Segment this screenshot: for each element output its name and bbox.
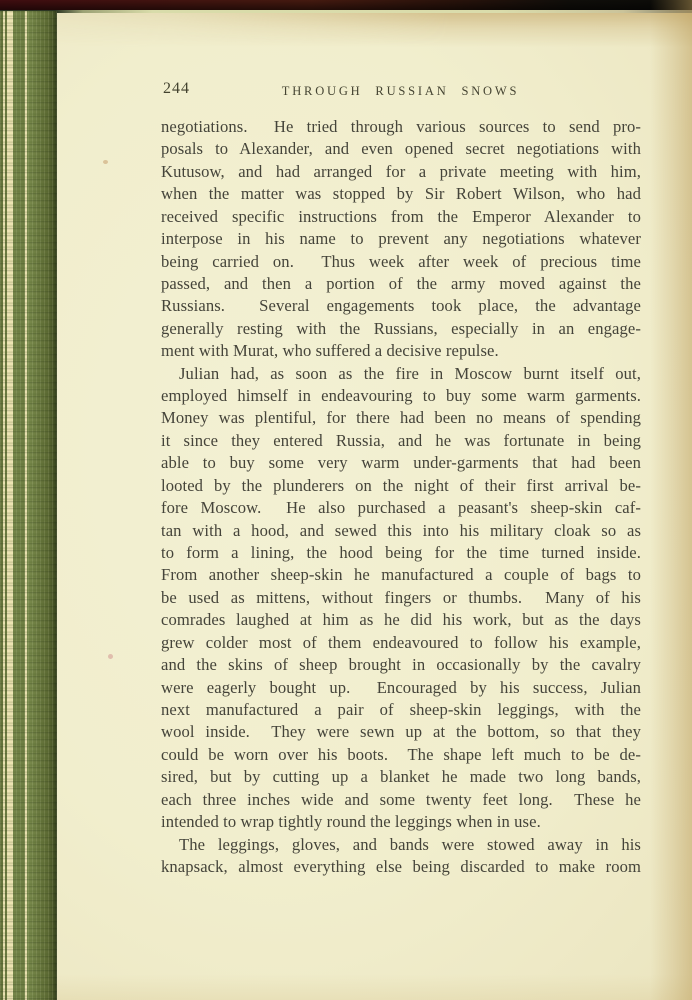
top-gutter-shadow xyxy=(0,13,692,47)
text-line: The leggings, gloves, and bands were sto… xyxy=(161,834,641,856)
text-line: tan with a hood, and sewed this into his… xyxy=(161,520,641,542)
paper-speck xyxy=(103,160,108,164)
text-line: fore Moscow. He also purchased a peasant… xyxy=(161,497,641,519)
text-line: generally resting with the Russians, esp… xyxy=(161,318,641,340)
text-line: able to buy some very warm under-garment… xyxy=(161,452,641,474)
text-line: were eagerly bought up. Encouraged by hi… xyxy=(161,677,641,699)
text-line: sired, but by cutting up a blanket he ma… xyxy=(161,766,641,788)
text-line: intended to wrap tightly round the leggi… xyxy=(161,811,641,833)
text-line: to form a lining, the hood being for the… xyxy=(161,542,641,564)
book-cover-top-edge xyxy=(0,0,692,10)
paper-speck xyxy=(108,654,113,659)
text-line: Money was plentiful, for there had been … xyxy=(161,407,641,429)
text-line: passed, and then a portion of the army m… xyxy=(161,273,641,295)
text-line: Kutusow, and had arranged for a private … xyxy=(161,161,641,183)
text-line: wool inside. They were sewn up at the bo… xyxy=(161,721,641,743)
text-line: it since they entered Russia, and he was… xyxy=(161,430,641,452)
text-line: could be worn over his boots. The shape … xyxy=(161,744,641,766)
text-line: looted by the plunderers on the night of… xyxy=(161,475,641,497)
text-line: comrades laughed at him as he did his wo… xyxy=(161,609,641,631)
text-line: received specific instructions from the … xyxy=(161,206,641,228)
text-line: next manufactured a pair of sheep-skin l… xyxy=(161,699,641,721)
text-line: negotiations. He tried through various s… xyxy=(161,116,641,138)
text-line: ment with Murat, who suffered a decisive… xyxy=(161,340,641,362)
text-line: grew colder most of them endeavoured to … xyxy=(161,632,641,654)
page-edges-binding xyxy=(0,11,57,1000)
text-line: posals to Alexander, and even opened sec… xyxy=(161,138,641,160)
book-page: 244 THROUGH RUSSIAN SNOWS negotiations. … xyxy=(0,0,692,1000)
body-text: negotiations. He tried through various s… xyxy=(161,116,641,878)
text-line: Julian had, as soon as the fire in Mosco… xyxy=(161,363,641,385)
text-line: From another sheep-skin he manufactured … xyxy=(161,564,641,586)
running-header: THROUGH RUSSIAN SNOWS xyxy=(160,84,641,99)
text-line: be used as mittens, without fingers or t… xyxy=(161,587,641,609)
text-line: knapsack, almost everything else being d… xyxy=(161,856,641,878)
text-line: interpose in his name to prevent any neg… xyxy=(161,228,641,250)
text-line: being carried on. Thus week after week o… xyxy=(161,251,641,273)
text-line: Russians. Several engagements took place… xyxy=(161,295,641,317)
text-line: employed himself in endeavouring to buy … xyxy=(161,385,641,407)
text-line: each three inches wide and some twenty f… xyxy=(161,789,641,811)
text-line: and the skins of sheep brought in occasi… xyxy=(161,654,641,676)
text-line: when the matter was stopped by Sir Rober… xyxy=(161,183,641,205)
right-page-curve-shadow xyxy=(650,0,692,1000)
bottom-page-shadow xyxy=(57,974,692,1000)
